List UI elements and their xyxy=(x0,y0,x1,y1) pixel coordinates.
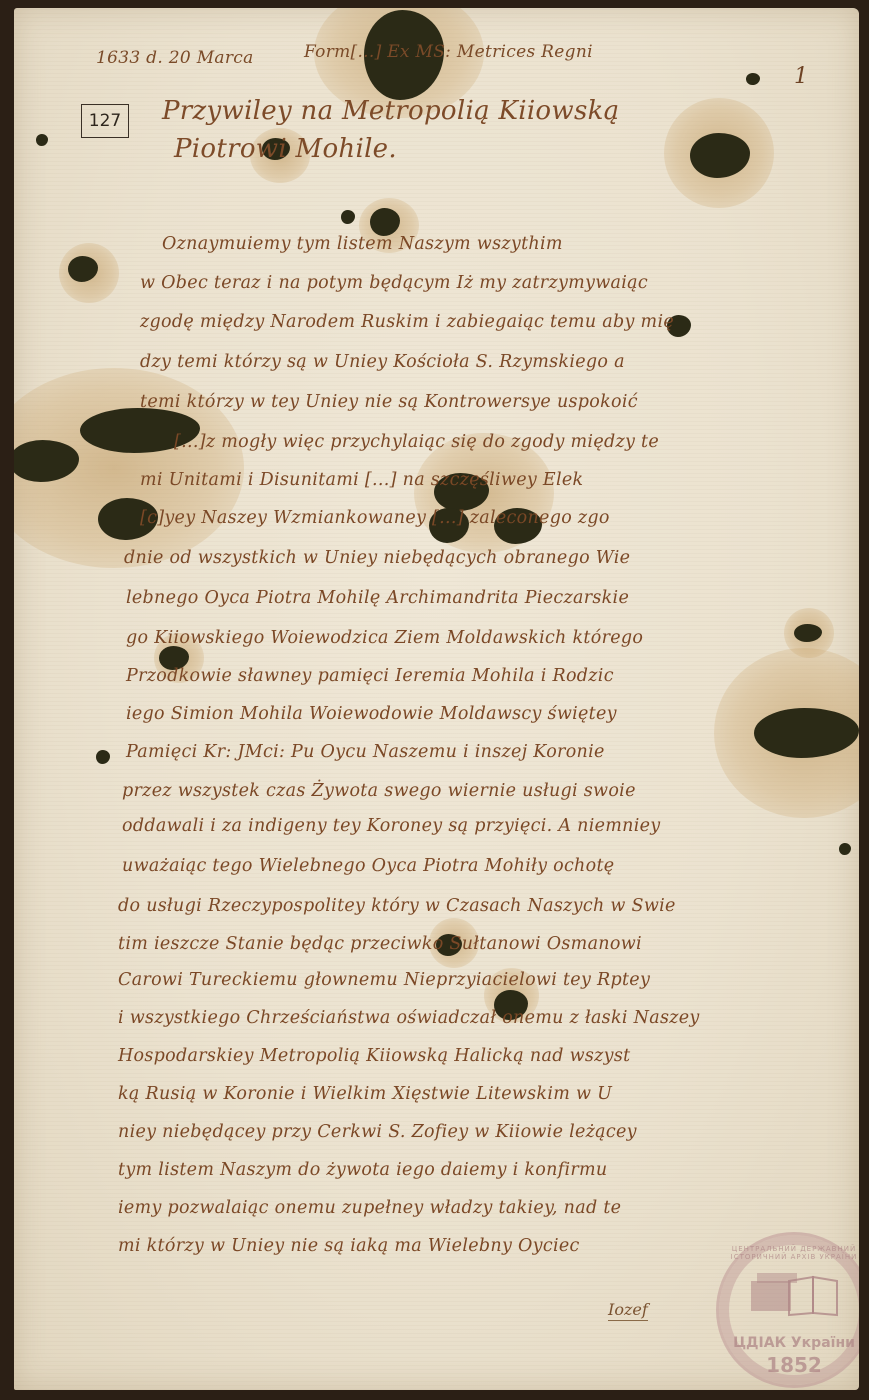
header-date: 1633 d. 20 Marca xyxy=(96,48,254,68)
body-line: uważaiąc tego Wielebnego Oyca Piotra Moh… xyxy=(122,856,614,876)
body-line: [...]z mogły więc przychylaiąc się do zg… xyxy=(174,432,659,452)
body-line: mi którzy w Uniey nie są iaką ma Wielebn… xyxy=(118,1236,580,1256)
body-line: ką Rusią w Koronie i Wielkim Xięstwie Li… xyxy=(118,1084,612,1104)
stamp-ring-text: ЦЕНТРАЛЬНИЙ ДЕРЖАВНИЙ ІСТОРИЧНИЙ АРХІВ У… xyxy=(719,1245,859,1261)
body-line: Pamięci Kr: JMci: Pu Oycu Naszemu i insz… xyxy=(126,742,605,762)
stamp-year: 1852 xyxy=(719,1353,859,1377)
document-title-line-1: Przywiley na Metropolią Kiiowską xyxy=(162,96,619,126)
body-line: przez wszystek czas Żywota swego wiernie… xyxy=(122,781,636,801)
ink-blot xyxy=(746,73,760,85)
body-line: iemy pozwalaiąc onemu zupełney władzy ta… xyxy=(118,1198,621,1218)
body-line: Carowi Tureckiemu głownemu Nieprzyiaciel… xyxy=(118,970,650,990)
body-line: mi Unitami i Disunitami [...] na szczęśl… xyxy=(140,470,583,490)
ink-blot xyxy=(96,750,110,764)
ink-blot xyxy=(341,210,355,224)
header-source: Form[...] Ex MS: Metrices Regni xyxy=(304,42,593,62)
body-line: niey niebędącey przy Cerkwi S. Zofiey w … xyxy=(118,1122,637,1142)
body-line: iego Simion Mohila Woiewodowie Moldawscy… xyxy=(126,704,617,724)
body-line: Hospodarskiey Metropolią Kiiowską Halick… xyxy=(118,1046,630,1066)
archive-stamp: ЦЕНТРАЛЬНИЙ ДЕРЖАВНИЙ ІСТОРИЧНИЙ АРХІВ У… xyxy=(716,1232,859,1388)
body-line: go Kiiowskiego Woiewodzica Ziem Moldawsk… xyxy=(126,628,643,648)
catchword: Iozef xyxy=(608,1300,648,1321)
manuscript-page: 127 1 1633 d. 20 Marca Form[...] Ex MS: … xyxy=(14,8,859,1390)
body-line: w Obec teraz i na potym będącym Iż my za… xyxy=(140,273,648,293)
body-line: tym listem Naszym do żywota iego daiemy … xyxy=(118,1160,608,1180)
ink-blot xyxy=(36,134,48,146)
body-line: dzy temi którzy są w Uniey Kościoła S. R… xyxy=(140,352,625,372)
books-icon xyxy=(749,1267,839,1317)
archive-number-box: 127 xyxy=(81,104,129,138)
document-title-line-2: Piotrowi Mohile. xyxy=(174,134,397,164)
body-line: Oznaymuiemy tym listem Naszym wszythim xyxy=(162,234,563,254)
body-line: do usługi Rzeczypospolitey który w Czasa… xyxy=(118,896,676,916)
body-line: tim ieszcze Stanie będąc przeciwko Sułta… xyxy=(118,934,642,954)
body-line: lebnego Oyca Piotra Mohilę Archimandrita… xyxy=(126,588,629,608)
body-line: dnie od wszystkich w Uniey niebędących o… xyxy=(124,548,630,568)
body-line: i wszystkiego Chrześciaństwa oświadczał … xyxy=(118,1008,700,1028)
body-line: Przodkowie sławney pamięci Ieremia Mohil… xyxy=(126,666,614,686)
folio-number: 1 xyxy=(794,64,808,89)
body-line: oddawali i za indigeny tey Koroney są pr… xyxy=(122,816,660,836)
body-line: [c]yey Naszey Wzmiankowaney [...] zaleco… xyxy=(140,508,610,528)
body-line: temi którzy w tey Uniey nie są Kontrower… xyxy=(140,392,638,412)
body-line: zgodę między Narodem Ruskim i zabiegaiąc… xyxy=(140,312,674,332)
archive-number: 127 xyxy=(89,111,121,131)
ink-blot xyxy=(839,843,851,855)
stamp-name: ЦДІАК України xyxy=(719,1335,859,1351)
